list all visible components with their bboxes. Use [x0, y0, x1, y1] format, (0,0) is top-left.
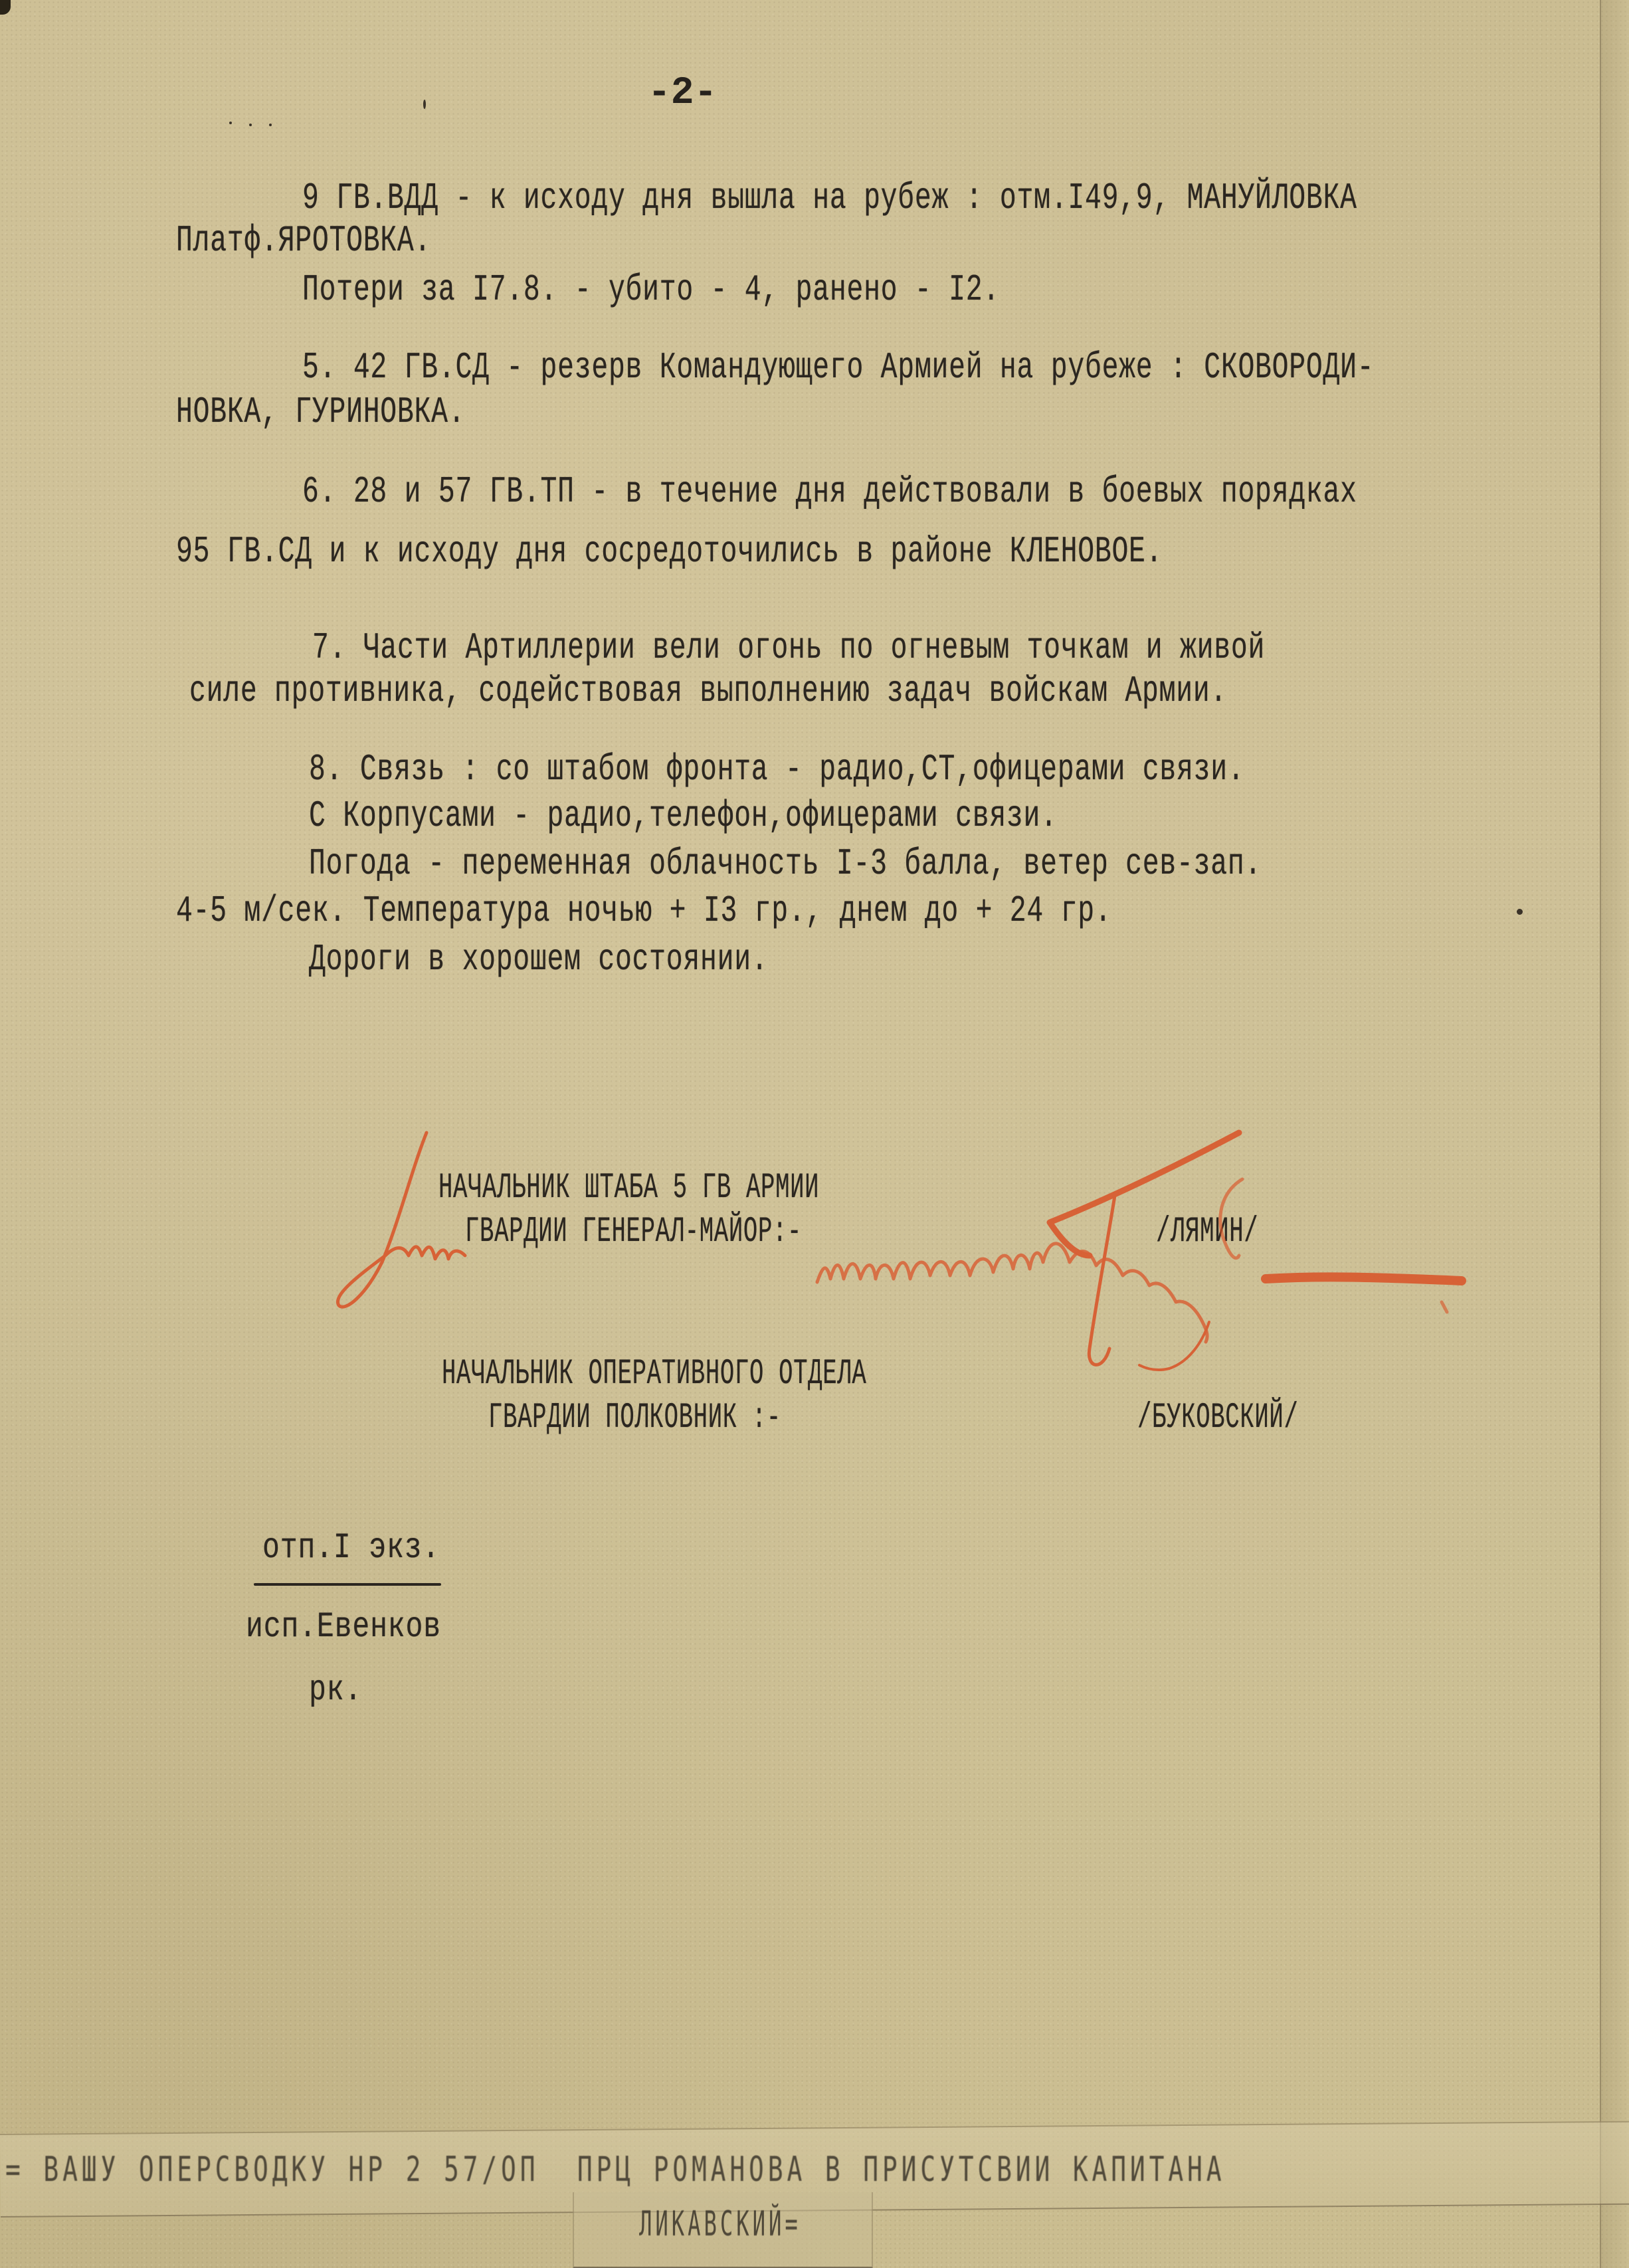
ink-speck: [249, 124, 252, 126]
ink-speck: [423, 100, 426, 109]
ink-speck: [269, 124, 272, 126]
ops-chief-title: НАЧАЛЬНИК ОПЕРАТИВНОГО ОТДЕЛА: [442, 1357, 866, 1392]
paragraph-8-weather: Погода - переменная облачность I-3 балла…: [309, 845, 1262, 882]
paragraph-9gvvdd-line1: 9 ГВ.ВДД - к исходу дня вышла на рубеж :…: [302, 179, 1357, 217]
paper-right-edge: [1600, 0, 1629, 2268]
signature-lyamin-stroke: [337, 1133, 465, 1307]
signature-bukovsky-curl: [1139, 1322, 1209, 1370]
telegram-line1: = ВАШУ ОПЕРСВОДКУ НР 2 57/ОП ПРЦ РОМАНОВ…: [5, 2152, 1225, 2187]
signature-bukovsky-stem: [1089, 1196, 1115, 1365]
ink-speck: [1517, 909, 1523, 915]
chief-of-staff-title: НАЧАЛЬНИК ШТАБА 5 ГВ АРМИИ: [438, 1171, 819, 1206]
copies-underline: [254, 1583, 441, 1586]
paragraph-5-line1: 5. 42 ГВ.СД - резерв Командующего Армией…: [302, 349, 1374, 386]
paragraph-7-line2: силе противника, содействовая выполнению…: [189, 672, 1227, 709]
paragraph-5-line2: НОВКА, ГУРИНОВКА.: [176, 393, 465, 430]
chief-of-staff-name: /ЛЯМИН/: [1156, 1214, 1258, 1250]
signature-bukovsky-dash: [1266, 1277, 1462, 1281]
telegram-line2: ЛИКАВСКИЙ=: [639, 2207, 801, 2241]
paragraph-6-line1: 6. 28 и 57 ГВ.ТП - в течение дня действо…: [302, 473, 1357, 510]
paragraph-8-roads: Дороги в хорошем состоянии.: [309, 941, 768, 978]
typist-note: рк.: [309, 1673, 362, 1709]
document-page: -2- 9 ГВ.ВДД - к исходу дня вышла на руб…: [0, 0, 1629, 2268]
paragraph-6-line2: 95 ГВ.СД и к исходу дня сосредоточились …: [176, 533, 1163, 570]
page-number: -2-: [648, 72, 717, 115]
ink-speck: [229, 122, 232, 124]
executor-note: исп.Евенков: [246, 1610, 441, 1646]
ops-chief-rank: ГВАРДИИ ПОЛКОВНИК :-: [488, 1400, 781, 1436]
ops-chief-name: /БУКОВСКИЙ/: [1137, 1400, 1299, 1436]
signature-bukovsky-script: [817, 1244, 1207, 1342]
chief-of-staff-rank: ГВАРДИИ ГЕНЕРАЛ-МАЙОР:-: [465, 1214, 802, 1250]
paragraph-8-temperature: 4-5 м/сек. Температура ночью + I3 гр., д…: [176, 892, 1111, 929]
corner-stain: [0, 0, 11, 15]
copies-note: отп.I экз.: [262, 1531, 440, 1566]
paragraph-8-line1: 8. Связь : со штабом фронта - радио,СТ,о…: [309, 751, 1244, 788]
signature-bukovsky-tick: [1442, 1302, 1447, 1312]
paragraph-9gvvdd-line2: Платф.ЯРОТОВКА.: [176, 222, 431, 259]
paragraph-8-line2: С Корпусами - радио,телефон,офицерами св…: [309, 797, 1058, 834]
paragraph-9gvvdd-losses: Потери за I7.8. - убито - 4, ранено - I2…: [302, 271, 1000, 308]
paragraph-7-line1: 7. Части Артиллерии вели огонь по огневы…: [312, 629, 1265, 666]
handwritten-signatures: [0, 0, 1629, 2268]
paper-texture: [0, 0, 1629, 2268]
